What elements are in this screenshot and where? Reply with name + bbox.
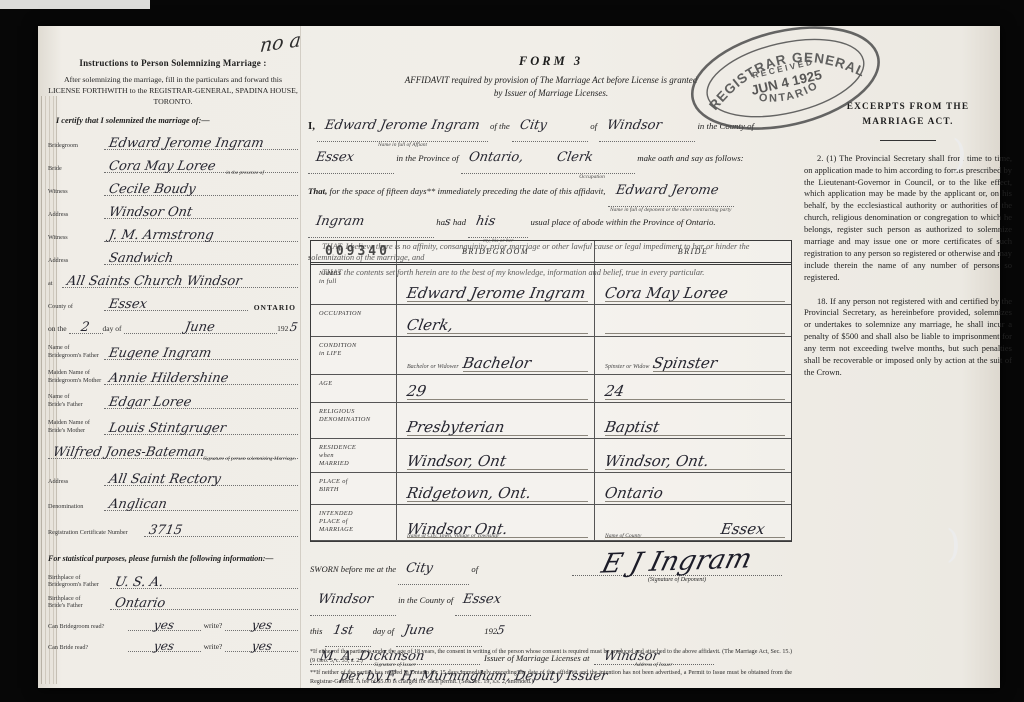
printed-text: make oath and say as follows:: [637, 153, 743, 163]
field-label: Witness: [48, 234, 104, 242]
that-residence-paragraph: That, for the space of fifteen days** im…: [308, 176, 794, 238]
write-label: write?: [201, 642, 226, 652]
bride-condition-handwritten: Spinster: [652, 354, 719, 372]
bride-religion-cell: Baptist: [595, 403, 791, 439]
county-handwritten: Essex: [313, 142, 356, 173]
read-answer-handwritten: yes: [153, 639, 176, 653]
printed-text: for the space of fifteen days** immediat…: [330, 186, 606, 196]
groom-birthplace-handwritten: Ridgetown, Ont.: [405, 484, 532, 502]
heading-rule: [880, 140, 936, 141]
date-printed: on the: [48, 324, 69, 334]
field-value-handwritten: 3715: [148, 523, 184, 538]
field-value-handwritten: All Saint Rectory: [108, 472, 222, 487]
row-label-occupation: OCCUPATION: [311, 305, 397, 337]
province-handwritten: Ontario,: [466, 142, 526, 173]
field-row-rectory-address: Address All Saint Rectory: [48, 459, 298, 486]
field-value-handwritten: Louis Stintgruger: [108, 421, 227, 436]
oath-pronoun: I,: [308, 120, 315, 132]
bride-religion-handwritten: Baptist: [603, 418, 660, 436]
municipality-type-handwritten: City: [517, 110, 549, 141]
marriage-act-excerpts-panel: EXCERPTS FROM THE MARRIAGE ACT. 2. (1) T…: [804, 100, 1012, 387]
groom-names-cell: Edward Jerome Ingram: [397, 265, 595, 305]
field-value-handwritten: Annie Hildershine: [108, 371, 230, 386]
bride-occupation-cell: [595, 305, 791, 337]
handwritten-annotation: no a: [259, 29, 302, 57]
intended-place-cell: Windsor Ont.Name of City, Town, Village …: [397, 505, 595, 541]
footnote-consent: *If either of the parties is under the a…: [310, 648, 792, 665]
county-label: Name of County: [605, 533, 641, 539]
occupation-handwritten: Clerk: [554, 142, 595, 173]
printed-text: of the: [490, 121, 510, 131]
field-value-handwritten: Cora May Loree: [108, 159, 217, 174]
field-row-registration-number: Registration Certificate Number 3715: [48, 511, 298, 537]
field-label: Denomination: [48, 503, 104, 511]
bridegroom-bride-table: 009340 BRIDEGROOM BRIDE NAMES in full Ed…: [310, 240, 792, 542]
printed-text: in the Province of: [396, 153, 458, 163]
bride-condition-cell: Spinster or WidowSpinster: [595, 337, 791, 375]
place-handwritten: Windsor: [605, 110, 665, 141]
stat-row-groom-father-birthplace: Birthplace of Bridegroom's Father U. S. …: [48, 568, 298, 589]
bride-residence-cell: Windsor, Ont.: [595, 439, 791, 473]
field-row-solemnizer-signature: Wilfred Jones-Bateman Signature of perso…: [48, 435, 298, 459]
write-answer-handwritten: yes: [250, 639, 273, 653]
sworn-day-handwritten: 1st: [330, 616, 355, 646]
bride-names-cell: Cora May Loree: [595, 265, 791, 305]
field-value-handwritten: Cecile Boudy: [108, 182, 197, 197]
column-header-bridegroom: BRIDEGROOM: [397, 241, 595, 265]
printed-text: That,: [308, 186, 327, 196]
solemnizer-certificate-panel: Instructions to Person Solemnizing Marri…: [48, 58, 298, 652]
printed-text: day of: [373, 626, 394, 636]
field-row-witness-2: Witness J. M. Armstrong: [48, 219, 298, 242]
city-town-label: Name of City, Town, Village or Township: [407, 533, 498, 539]
field-row-witness-1: Witness Cecile Boudy: [48, 173, 298, 196]
field-row-church: at All Saints Church Windsor: [48, 265, 298, 288]
groom-residence-cell: Windsor, Ont: [397, 439, 595, 473]
field-label: Witness: [48, 188, 104, 196]
affiant-name-handwritten: Edward Jerome Ingram: [322, 110, 482, 141]
field-value-handwritten: Eugene Ingram: [108, 346, 213, 361]
film-scratch-artifact: ): [946, 522, 961, 566]
intended-county-handwritten: Essex: [720, 520, 767, 538]
groom-occupation-handwritten: Clerk,: [405, 316, 454, 334]
sworn-line-1: SWORN before me at the City of: [310, 554, 560, 585]
stat-row-bride-literacy: Can Bride read? yes write? yes: [48, 631, 298, 652]
groom-religion-cell: Presbyterian: [397, 403, 595, 439]
sworn-place-handwritten: Windsor: [315, 585, 375, 615]
solemnizer-signature-handwritten: Wilfred Jones-Bateman: [52, 445, 206, 460]
field-value-handwritten: Edgar Loree: [108, 395, 193, 410]
condition-options-printed: Bachelor or Widower: [407, 364, 459, 370]
bride-name-handwritten: Cora May Loree: [603, 284, 729, 302]
bride-residence-handwritten: Windsor, Ont.: [603, 452, 710, 470]
groom-condition-handwritten: Bachelor: [461, 354, 532, 372]
stat-row-bridegroom-literacy: Can Bridegroom read? yes write? yes: [48, 610, 298, 631]
bride-birthplace-cell: Ontario: [595, 473, 791, 505]
excerpt-section-2: 2. (1) The Provincial Secretary shall fr…: [804, 153, 1012, 284]
groom-residence-handwritten: Windsor, Ont: [405, 452, 507, 470]
field-row-bride-mother: Maiden Name of Bride's Mother Louis Stin…: [48, 409, 298, 435]
field-value-handwritten: U. S. A.: [114, 575, 165, 590]
intended-county-cell: EssexName of County: [595, 505, 791, 541]
field-label: Can Bridegroom read?: [48, 623, 128, 631]
row-label-names: NAMES in full: [311, 265, 397, 305]
bride-age-handwritten: 24: [603, 382, 625, 400]
field-value-handwritten: All Saints Church Windsor: [66, 274, 243, 289]
sworn-county-handwritten: Essex: [461, 585, 504, 615]
column-header-bride: BRIDE: [595, 241, 791, 265]
film-scratch-artifact: ): [952, 132, 967, 176]
footnote-residency: **If neither of the parties has resided …: [310, 669, 792, 686]
groom-name-handwritten: Edward Jerome Ingram: [405, 284, 587, 302]
instructions-title: Instructions to Person Solemnizing Marri…: [48, 58, 298, 68]
row-label-condition: CONDITION in LIFE: [311, 337, 397, 375]
film-edge-artifact: [0, 0, 150, 9]
groom-condition-cell: Bachelor or WidowerBachelor: [397, 337, 595, 375]
field-label: Registration Certificate Number: [48, 529, 144, 537]
serial-number: 009340: [311, 241, 397, 265]
field-label: Maiden Name of Bridegroom's Mother: [48, 369, 104, 384]
field-row-address-2: Address Sandwich: [48, 242, 298, 265]
condition-options-printed: Spinster or Widow: [605, 364, 649, 370]
verb-ending-handwritten: s: [443, 209, 453, 234]
statistics-heading: For statistical purposes, please furnish…: [48, 553, 298, 565]
date-month-handwritten: June: [184, 320, 216, 335]
sworn-line-3: this 1st day of June 1925: [310, 616, 560, 647]
read-answer-handwritten: yes: [153, 618, 176, 632]
field-label: Bride: [48, 165, 104, 173]
field-label: Address: [48, 211, 104, 219]
row-label-age: AGE: [311, 375, 397, 403]
scanned-marriage-record-page: no a Instructions to Person Solemnizing …: [38, 26, 1000, 688]
pronoun-handwritten: his: [474, 207, 498, 237]
field-row-groom-mother: Maiden Name of Bridegroom's Mother Annie…: [48, 360, 298, 385]
field-value-handwritten: Essex: [108, 297, 149, 312]
field-label: Name of Bridegroom's Father: [48, 344, 104, 359]
stat-row-bride-father-birthplace: Birthplace of Bride's Father Ontario: [48, 589, 298, 610]
deponent-name-label: Name in full of deponent or the other co…: [610, 204, 731, 217]
field-label: Address: [48, 257, 104, 265]
field-label: at: [48, 280, 62, 288]
date-day-handwritten: 2: [80, 320, 91, 335]
write-answer-handwritten: yes: [250, 618, 273, 632]
groom-birthplace-cell: Ridgetown, Ont.: [397, 473, 595, 505]
field-row-denomination: Denomination Anglican: [48, 486, 298, 511]
sworn-line-2: Windsor in the County of Essex: [310, 585, 560, 616]
field-row-county: County of Essex ONTARIO: [48, 288, 298, 311]
row-label-birthplace: PLACE of BIRTH: [311, 473, 397, 505]
printed-text: of: [590, 121, 597, 131]
instructions-text: After solemnizing the marriage, fill in …: [48, 75, 298, 108]
printed-text: in the County of: [398, 595, 453, 605]
field-row-date: on the 2 day of June 192 5: [48, 311, 298, 334]
row-label-intended-place: INTENDED PLACE of MARRIAGE: [311, 505, 397, 541]
field-row-bride-father: Name of Bride's Father Edgar Loree: [48, 385, 298, 409]
footnotes: *If either of the parties is under the a…: [310, 648, 792, 690]
field-value-handwritten: Sandwich: [108, 251, 175, 266]
sworn-month-handwritten: June: [402, 616, 437, 646]
occupation-label: Occupation: [579, 171, 605, 184]
field-value-handwritten: J. M. Armstrong: [108, 228, 215, 243]
field-label: Birthplace of Bride's Father: [48, 595, 110, 610]
excerpt-section-18: 18. If any person not registered with an…: [804, 296, 1012, 379]
sworn-year-handwritten: 5: [495, 617, 508, 645]
deponent-name-handwritten: Edward Jerome: [613, 176, 721, 206]
field-value-handwritten: Anglican: [108, 497, 168, 512]
certify-statement: I certify that I solemnized the marriage…: [56, 116, 298, 125]
field-label: Name of Bride's Father: [48, 393, 104, 408]
groom-religion-handwritten: Presbyterian: [405, 418, 506, 436]
field-label: Bridegroom: [48, 142, 104, 150]
field-value-handwritten: Edward Jerome Ingram: [108, 136, 265, 151]
row-label-residence: RESIDENCE when MARRIED: [311, 439, 397, 473]
groom-age-cell: 29: [397, 375, 595, 403]
date-year-handwritten: 5: [289, 320, 299, 334]
deponent-signature-handwritten: E J Ingram: [599, 543, 756, 579]
date-printed: day of: [103, 324, 124, 334]
field-row-groom-father: Name of Bridegroom's Father Eugene Ingra…: [48, 334, 298, 360]
page-fold-line: [300, 26, 301, 688]
printed-text: SWORN before me at the: [310, 564, 396, 574]
field-label: Can Bride read?: [48, 644, 128, 652]
field-label: County of: [48, 303, 104, 311]
printed-text: this: [310, 626, 322, 636]
field-row-address-1: Address Windsor Ont: [48, 196, 298, 219]
field-row-bridegroom: Bridegroom Edward Jerome Ingram: [48, 127, 298, 150]
field-label: Maiden Name of Bride's Mother: [48, 419, 104, 434]
field-row-bride: Bride Cora May Loree in the presence of: [48, 150, 298, 173]
row-label-religion: RELIGIOUS DENOMINATION: [311, 403, 397, 439]
field-label: Address: [48, 478, 104, 486]
deponent-signature-block: E J Ingram (Signature of Deponent): [572, 546, 782, 583]
bride-age-cell: 24: [595, 375, 791, 403]
groom-age-handwritten: 29: [405, 382, 427, 400]
field-label: Birthplace of Bridegroom's Father: [48, 574, 110, 589]
field-value-handwritten: Windsor Ont: [108, 205, 194, 220]
write-label: write?: [201, 621, 226, 631]
printed-text: of: [471, 564, 478, 574]
deponent-surname-handwritten: Ingram: [313, 207, 366, 237]
printed-text: had: [453, 217, 466, 227]
field-value-handwritten: Ontario: [114, 596, 167, 611]
sworn-city-handwritten: City: [404, 554, 436, 584]
printed-text: usual place of abode within the Province…: [530, 217, 715, 227]
bride-birthplace-handwritten: Ontario: [603, 484, 664, 502]
groom-occupation-cell: Clerk,: [397, 305, 595, 337]
